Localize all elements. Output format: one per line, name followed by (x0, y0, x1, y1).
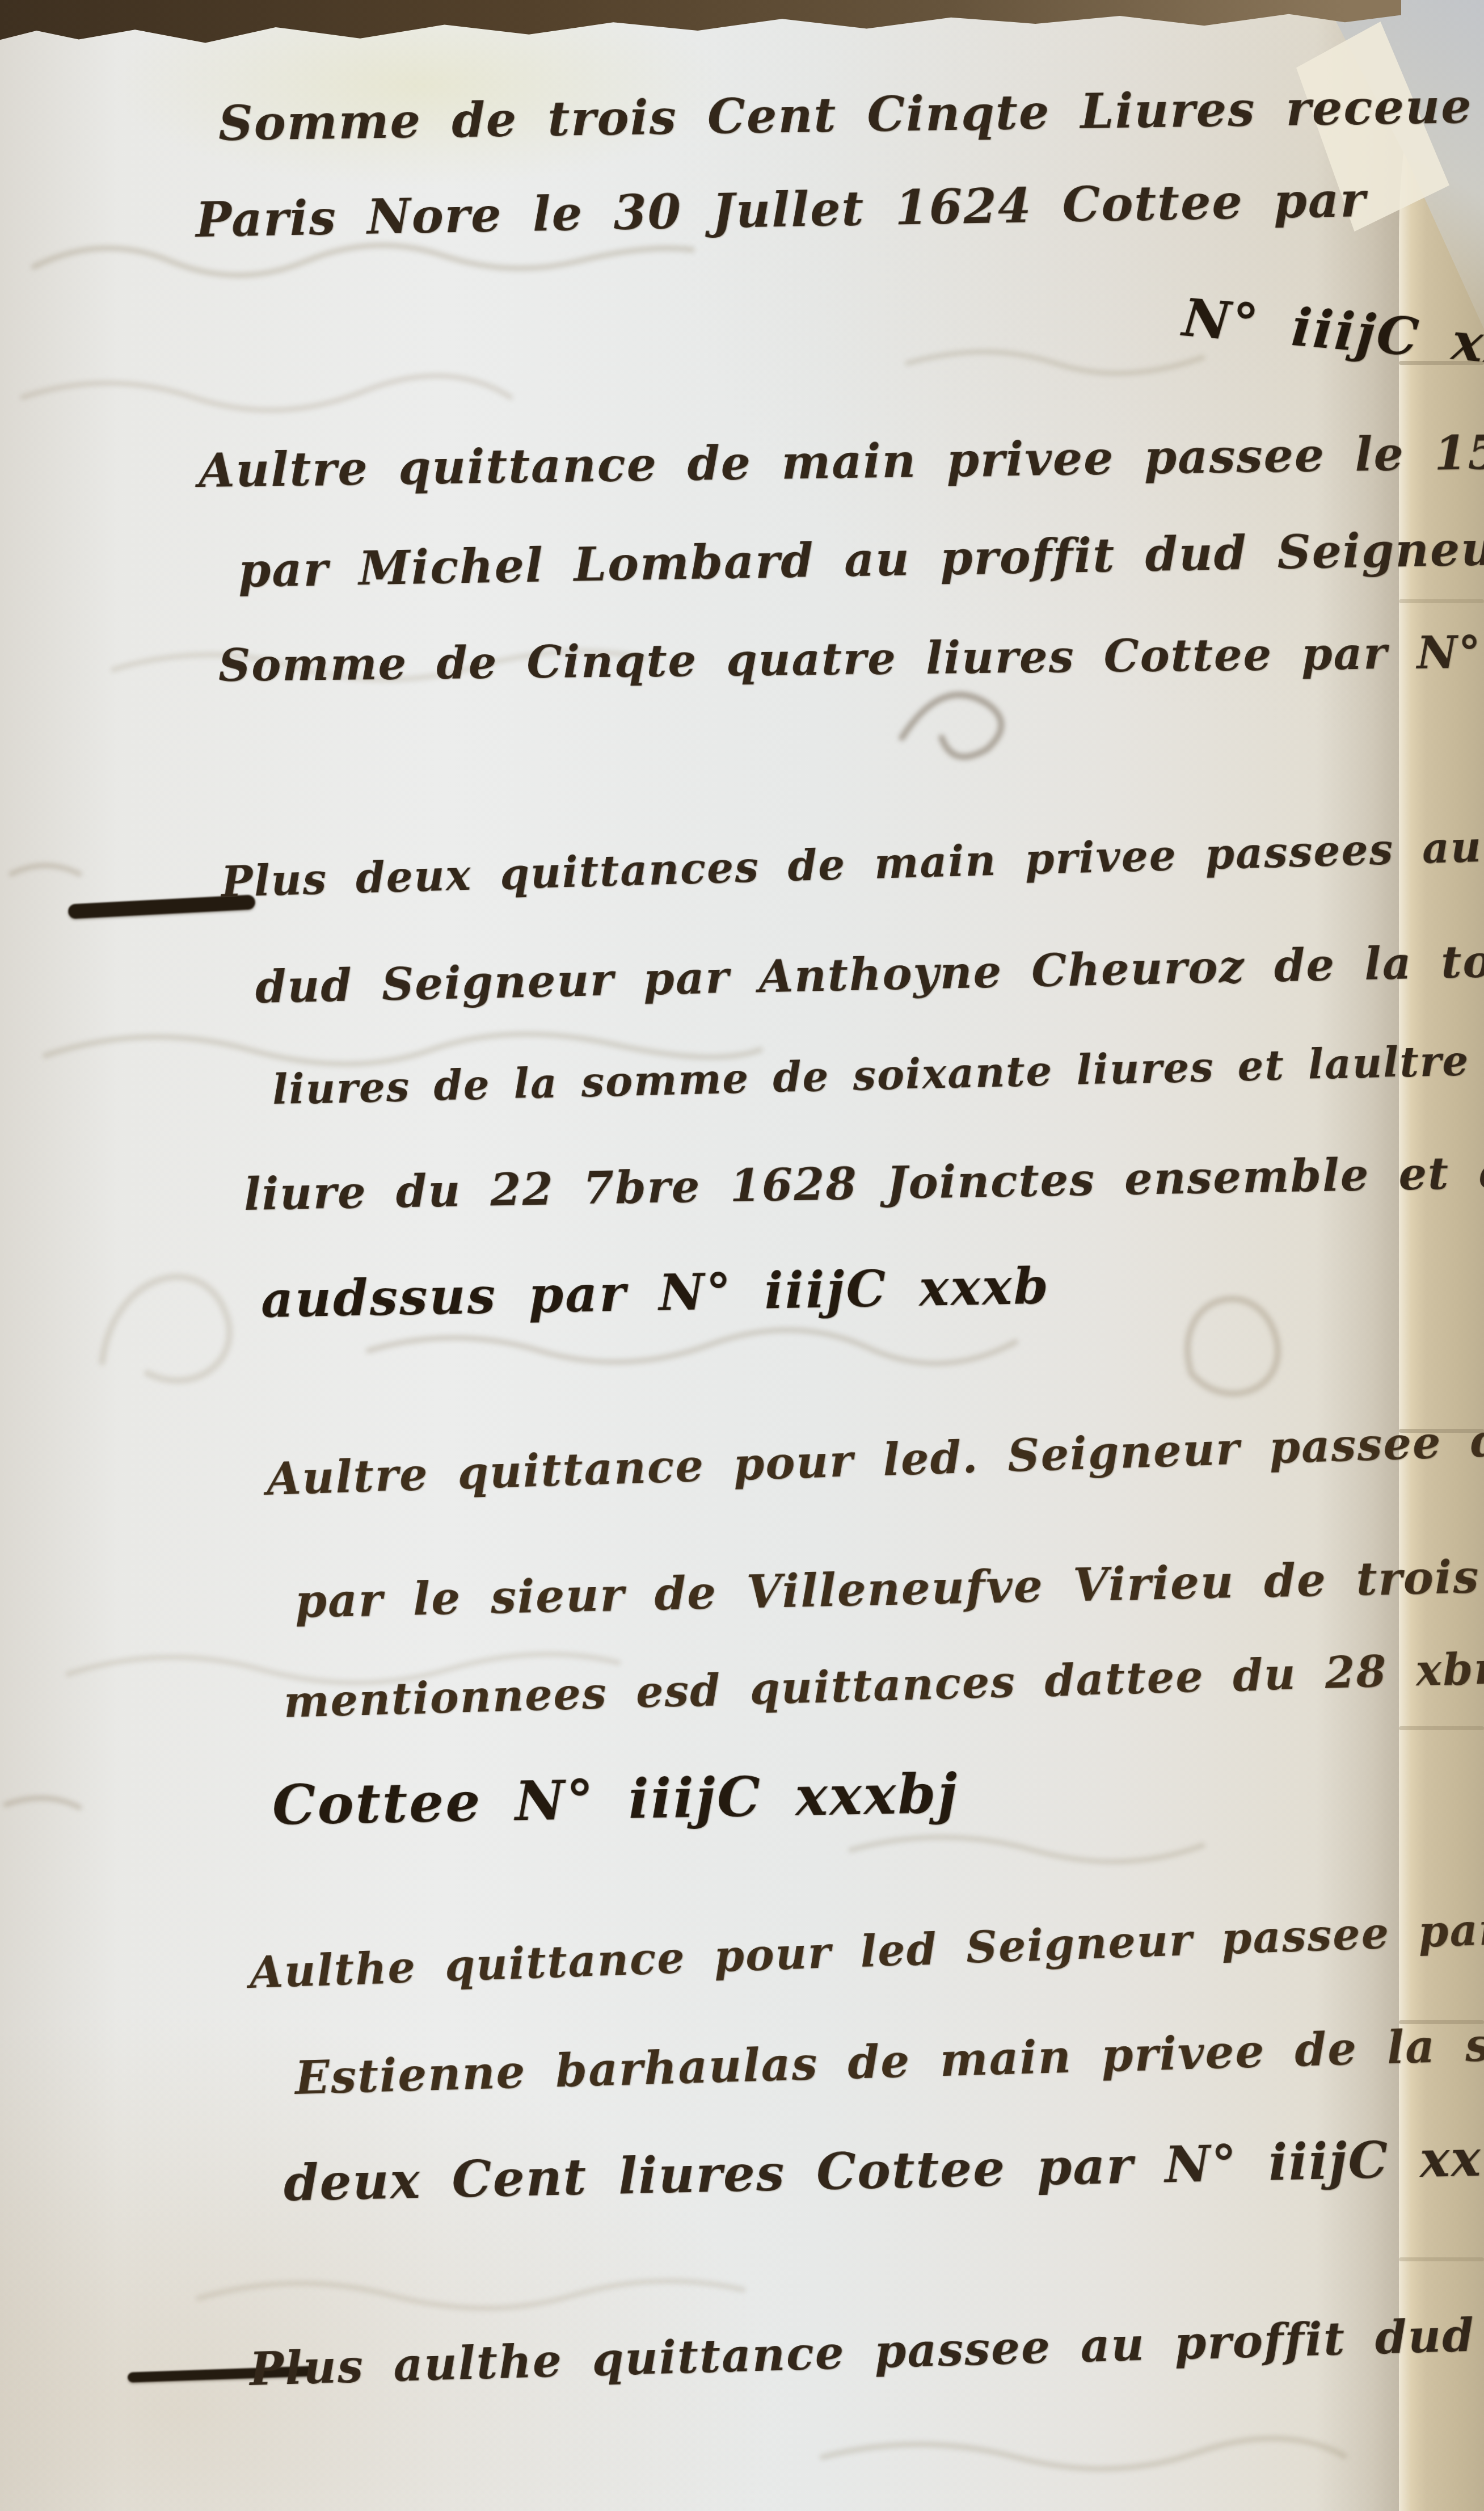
manuscript-scan-page: Somme de trois Cent Cinqte Liures receue… (0, 0, 1484, 2511)
manuscript-cote-number: Cottee N° iiijC xxxbj (272, 1761, 959, 1837)
